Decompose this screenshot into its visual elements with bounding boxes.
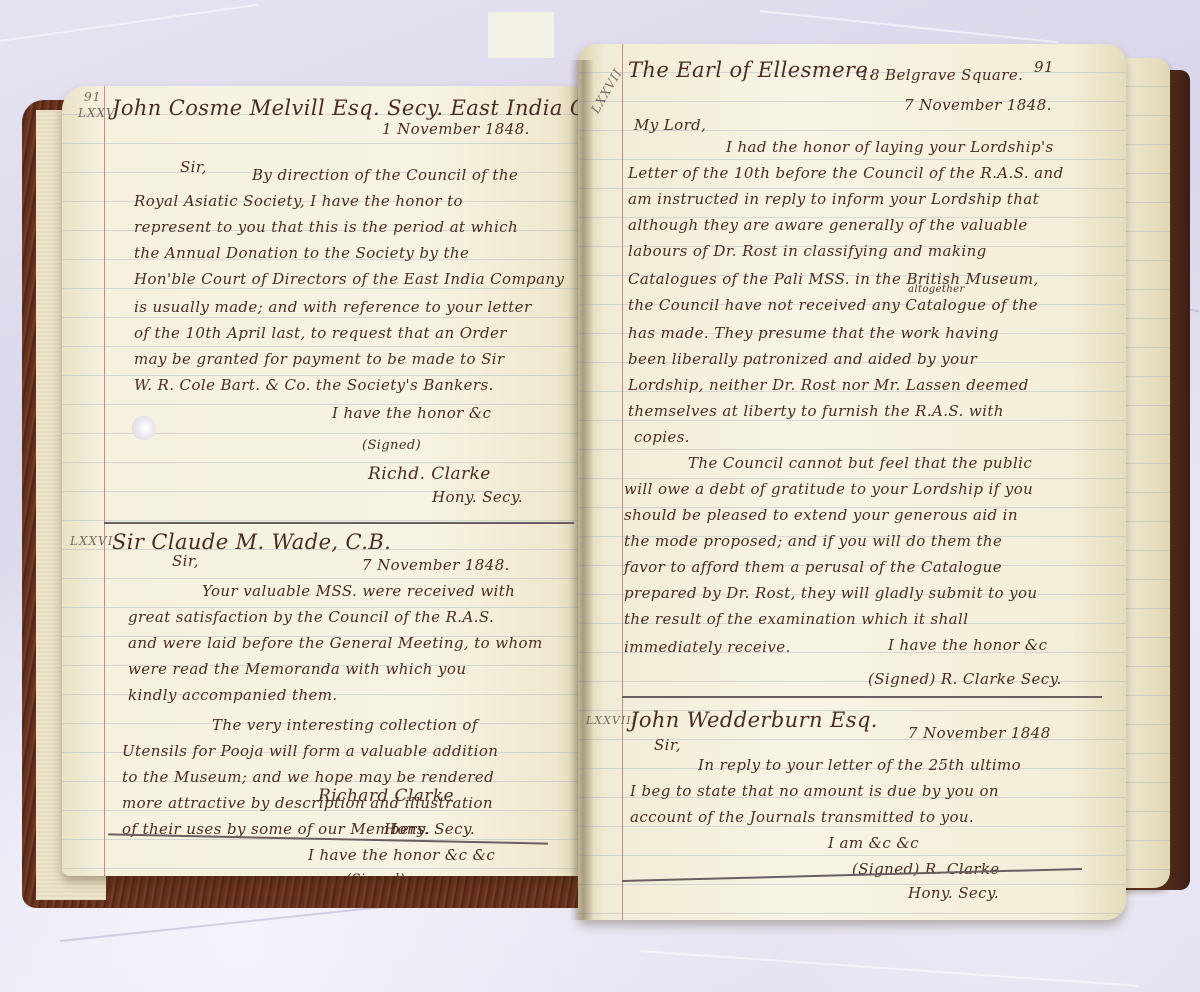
body-line: W. R. Cole Bart. & Co. the Society's Ban… [134, 376, 494, 394]
body-line: prepared by Dr. Rost, they will gladly s… [624, 584, 1038, 602]
body-line: labours of Dr. Rost in classifying and m… [628, 242, 987, 260]
body-line: has made. They presume that the work hav… [628, 324, 999, 342]
signatory-title: Hony. Secy. [432, 488, 523, 506]
body-line: were read the Memoranda with which you [128, 660, 466, 678]
paper-hole [132, 416, 156, 440]
body-line: Utensils for Pooja will form a valuable … [122, 742, 498, 760]
closing: I have the honor &c [332, 404, 491, 422]
body-line: to the Museum; and we hope may be render… [122, 768, 494, 786]
closing: I have the honor &c &c [308, 846, 495, 864]
letter-addressee: Sir Claude M. Wade, C.B. [112, 530, 391, 554]
paper-bookmark-slip [488, 12, 554, 58]
body-line: Hon'ble Court of Directors of the East I… [134, 270, 564, 288]
body-line: will owe a debt of gratitude to your Lor… [624, 480, 1033, 498]
body-line: favor to afford them a perusal of the Ca… [624, 558, 1002, 576]
letter-addressee: John Wedderburn Esq. [630, 708, 878, 732]
signature: (Signed) R. Clarke Secy. [868, 670, 1062, 688]
body-line: By direction of the Council of the [252, 166, 518, 184]
book-gutter [570, 60, 594, 920]
letter-number: LXXV [78, 106, 116, 120]
body-line: Royal Asiatic Society, I have the honor … [134, 192, 463, 210]
body-line: the Council have not received any Catalo… [628, 296, 1038, 314]
body-line: and were laid before the General Meeting… [128, 634, 543, 652]
cloth-crease [640, 950, 1139, 987]
body-line: account of the Journals transmitted to y… [630, 808, 974, 826]
signatory-title: Hony. Secy. [384, 820, 475, 838]
body-line: Letter of the 10th before the Council of… [628, 164, 1064, 182]
margin-rule [622, 44, 623, 920]
signed-label: (Signed) [362, 438, 421, 453]
body-line: of the 10th April last, to request that … [134, 324, 507, 342]
body-line: Catalogues of the Pali MSS. in the Briti… [628, 270, 1039, 288]
body-line: been liberally patronized and aided by y… [628, 350, 977, 368]
letter-date: 7 November 1848 [908, 724, 1051, 742]
letter-address: 18 Belgrave Square. [860, 66, 1023, 84]
body-line: should be pleased to extend your generou… [624, 506, 1018, 524]
signatory-title: Hony. Secy. [908, 884, 999, 902]
closing: I have the honor &c [888, 636, 1047, 654]
body-line: the result of the examination which it s… [624, 610, 968, 628]
body-line: Lordship, neither Dr. Rost nor Mr. Lasse… [628, 376, 1029, 394]
salutation: Sir, [172, 552, 199, 570]
interlinear-insertion: altogether [908, 284, 965, 295]
body-line: I had the honor of laying your Lordship'… [726, 138, 1054, 156]
body-line: am instructed in reply to inform your Lo… [628, 190, 1039, 208]
letter-separator [622, 696, 1102, 698]
body-line: In reply to your letter of the 25th ulti… [698, 756, 1021, 774]
body-line: may be granted for payment to be made to… [134, 350, 505, 368]
letter-date: 7 November 1848. [362, 556, 510, 574]
signature: Richd. Clarke [368, 464, 491, 484]
folio-number: 91 [1034, 58, 1054, 76]
salutation: My Lord, [634, 116, 706, 134]
closing: I am &c &c [828, 834, 919, 852]
left-page: 91 LXXV John Cosme Melvill Esq. Secy. Ea… [62, 86, 582, 876]
body-line: I beg to state that no amount is due by … [630, 782, 999, 800]
signed-label: (Signed) [346, 872, 405, 876]
salutation: Sir, [180, 158, 207, 176]
letter-date: 1 November 1848. [382, 120, 530, 138]
body-line: The very interesting collection of [212, 716, 478, 734]
body-line: great satisfaction by the Council of the… [128, 608, 494, 626]
body-line: the Annual Donation to the Society by th… [134, 244, 469, 262]
letter-addressee: The Earl of Ellesmere. [628, 58, 875, 82]
body-line: copies. [634, 428, 690, 446]
folio-number: 91 [84, 90, 101, 104]
signature: Richard Clarke [318, 786, 454, 806]
letter-number: LXXVI [70, 534, 113, 548]
letter-addressee: John Cosme Melvill Esq. Secy. East India… [112, 96, 582, 120]
body-line: Your valuable MSS. were received with [202, 582, 515, 600]
body-line: the mode proposed; and if you will do th… [624, 532, 1002, 550]
cloth-crease [760, 10, 1059, 43]
letter-date: 7 November 1848. [904, 96, 1052, 114]
body-line: themselves at liberty to furnish the R.A… [628, 402, 1004, 420]
body-line: is usually made; and with reference to y… [134, 298, 532, 316]
body-line: The Council cannot but feel that the pub… [688, 454, 1032, 472]
letter-separator [104, 522, 574, 524]
salutation: Sir, [654, 736, 681, 754]
body-line: immediately receive. [624, 638, 625, 656]
cloth-crease [0, 4, 258, 42]
body-line: although they are aware generally of the… [628, 216, 1028, 234]
body-line: represent to you that this is the period… [134, 218, 518, 236]
margin-rule [104, 86, 105, 876]
right-page: LXXVII The Earl of Ellesmere. 18 Belgrav… [578, 44, 1126, 920]
body-line: kindly accompanied them. [128, 686, 338, 704]
